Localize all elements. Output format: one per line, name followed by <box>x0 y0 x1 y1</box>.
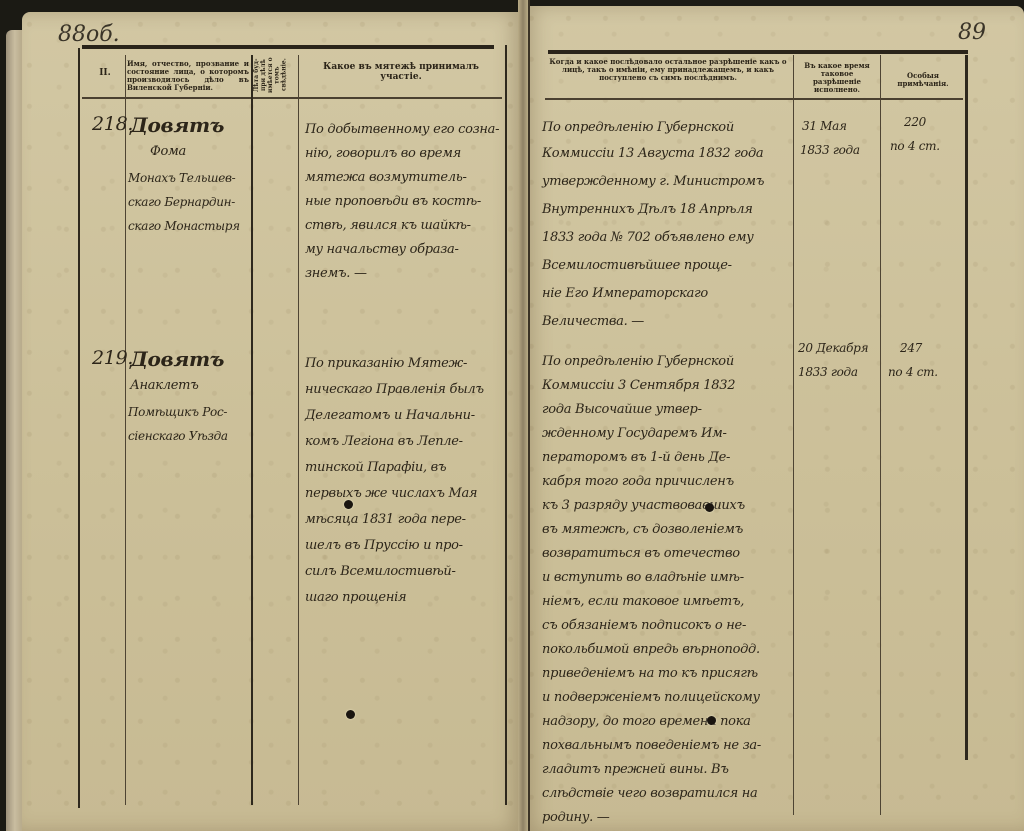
col-line-right-start <box>528 0 530 831</box>
col-line-name <box>251 55 253 805</box>
header-name: Имя, отчество, прозвание и состояние лиц… <box>127 60 249 92</box>
binding-hole <box>707 716 716 725</box>
notes-line: по 4 ст. <box>888 360 938 384</box>
participation-line: му начальству образа- <box>305 238 459 262</box>
participation-line: мѣсяца 1831 года пере- <box>305 508 466 532</box>
resolution-line: утвержденному г. Министромъ <box>542 170 764 194</box>
col-line-executed <box>880 55 881 815</box>
folio-right: 89 <box>958 20 986 45</box>
resolution-line: Величества. — <box>542 310 644 334</box>
header-participation: Какое въ мятежѣ принималъ участіе. <box>303 62 499 83</box>
resolution-line: Внутреннихъ Дѣлъ 18 Апрѣля <box>542 198 753 222</box>
executed-line: 20 Декабря <box>798 336 868 360</box>
resolution-line: къ 3 разряду участвовавшихъ <box>542 494 745 518</box>
entry-name-line: Фома <box>150 140 186 164</box>
resolution-line: приведеніемъ на то къ присягѣ <box>542 662 758 686</box>
executed-line: 1833 года <box>800 138 860 162</box>
participation-line: ствѣ, явился къ шайкѣ- <box>305 214 471 238</box>
participation-line: ные проповѣди въ костѣ- <box>305 190 481 214</box>
ledger-scan: 88об. 89 II. Имя, отчество, прозвание и … <box>0 0 1024 831</box>
resolution-line: и вступить во владѣніе имѣ- <box>542 566 744 590</box>
resolution-line: Коммиссіи 3 Сентября 1832 <box>542 374 735 398</box>
participation-line: шаго прощенія <box>305 586 406 610</box>
resolution-line: слѣдствіе чего возвратился на <box>542 782 757 806</box>
participation-line: Делегатомъ и Начальни- <box>305 404 475 428</box>
resolution-line: жденному Государемъ Им- <box>542 422 727 446</box>
resolution-line: въ мятежѣ, съ дозволеніемъ <box>542 518 743 542</box>
participation-line: комъ Легіона въ Лепле- <box>305 430 463 454</box>
entry-number: 218. <box>92 112 133 136</box>
participation-line: По добытвенному его созна- <box>305 118 499 142</box>
header-executed: Въ какое время таковое разрѣшеніе исполн… <box>796 62 878 94</box>
entry-name-line: сіенскаго Уѣзда <box>128 424 228 448</box>
entry-name-line: скаго Монастыря <box>128 214 240 238</box>
entry-name-line: Монахъ Тельшев- <box>128 166 235 190</box>
binding-hole <box>344 500 353 509</box>
resolution-line: ніемъ, если таковое имѣетъ, <box>542 590 744 614</box>
entry-surname: Довятъ <box>130 346 224 372</box>
col-line-in-case <box>298 55 299 805</box>
participation-line: первыхъ же числахъ Мая <box>305 482 477 506</box>
participation-line: мятежа возмутитель- <box>305 166 467 190</box>
resolution-line: съ обязаніемъ подписокъ о не- <box>542 614 746 638</box>
header-in-case: Лѣта буд-при дѣлѣ имѣется о томъ свѣдѣні… <box>254 55 296 95</box>
header-top-rule-left <box>82 45 494 49</box>
participation-line: силъ Всемилостивѣй- <box>305 560 456 584</box>
header-notes: Особыя примѣчанія. <box>882 72 964 88</box>
entry-surname: Довятъ <box>130 112 224 138</box>
entry-name-line: скаго Бернардин- <box>128 190 235 214</box>
resolution-line: надзору, до того времени пока <box>542 710 751 734</box>
resolution-line: 1833 года № 702 объявлено ему <box>542 226 754 250</box>
header-bottom-rule-left <box>82 97 502 99</box>
resolution-line: покольбимой впредь вѣрноподд. <box>542 638 760 662</box>
notes-line: по 4 ст. <box>890 134 940 158</box>
resolution-line: возвратиться въ отечество <box>542 542 740 566</box>
notes-line: 247 <box>900 336 922 360</box>
executed-line: 1833 года <box>798 360 858 384</box>
header-number: II. <box>88 68 122 78</box>
col-line-right-edge <box>965 55 968 760</box>
entry-name-line: Анаклетъ <box>130 374 198 398</box>
resolution-line: кабря того года причисленъ <box>542 470 734 494</box>
resolution-line: родину. — <box>542 806 609 830</box>
binding-hole <box>346 710 355 719</box>
resolution-line: Всемилостивѣйшее проще- <box>542 254 732 278</box>
col-line-left-right-edge <box>505 45 507 805</box>
participation-line: нію, говорилъ во время <box>305 142 461 166</box>
resolution-line: По опредѣленію Губернской <box>542 116 734 140</box>
executed-line: 31 Мая <box>802 114 847 138</box>
folio-left: 88об. <box>58 22 120 47</box>
col-line-number <box>125 55 126 805</box>
participation-line: тинской Парафіи, въ <box>305 456 446 480</box>
participation-line: шелъ въ Пруссію и про- <box>305 534 463 558</box>
header-bottom-rule-right <box>545 98 963 100</box>
resolution-line: и подверженіемъ полицейскому <box>542 686 760 710</box>
book-gutter <box>518 0 528 831</box>
entry-name-line: Помѣщикъ Рос- <box>128 400 227 424</box>
notes-line: 220 <box>904 110 926 134</box>
col-line-left-edge <box>78 48 80 808</box>
resolution-line: По опредѣленію Губернской <box>542 350 734 374</box>
participation-line: По приказанію Мятеж- <box>305 352 467 376</box>
resolution-line: года Высочайше утвер- <box>542 398 702 422</box>
resolution-line: гладитъ прежней вины. Въ <box>542 758 729 782</box>
header-resolution: Когда и какое послѣдовало остальное разр… <box>544 58 792 82</box>
entry-number: 219. <box>92 346 133 370</box>
resolution-line: ніе Его Императорскаго <box>542 282 708 306</box>
resolution-line: Коммиссіи 13 Августа 1832 года <box>542 142 763 166</box>
header-top-rule-right <box>548 50 968 54</box>
resolution-line: ператоромъ въ 1-й день Де- <box>542 446 730 470</box>
binding-hole <box>705 503 714 512</box>
participation-line: ническаго Правленія былъ <box>305 378 484 402</box>
col-line-resolution <box>793 55 794 815</box>
participation-line: знемъ. — <box>305 262 367 286</box>
resolution-line: похвальнымъ поведеніемъ не за- <box>542 734 761 758</box>
